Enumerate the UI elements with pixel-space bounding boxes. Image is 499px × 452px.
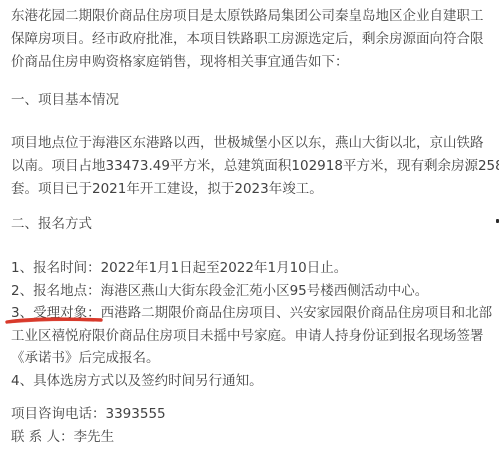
intro-line-1: 东港花园二期限价商品住房项目是太原铁路局集团公司秦皇岛地区企业自建职工: [11, 5, 486, 28]
intro-line-3: 价商品住房申购资格家庭销售，现将相关事宜通告如下：: [11, 51, 486, 74]
intro-line-2: 保障房项目。经市政府批准，本项目铁路职工房源选定后，剩余房源面向符合限: [11, 28, 486, 51]
item-3-rest-text: ：西港路二期限价商品住房项目、兴安家园限价商品住房项目和北部: [87, 305, 492, 321]
item-3-wrap-line-1: 工业区禧悦府限价商品住房项目未摇中号家庭。申请人持身份证到报名现场签署: [11, 325, 486, 348]
item-3-eligible-applicants: 3、受理对象：西港路二期限价商品住房项目、兴安家园限价商品住房项目和北部: [11, 302, 486, 325]
item-4-selection-notice: 4、具体选房方式以及签约时间另行通知。: [11, 370, 486, 393]
contact-person-line: 联 系 人：李先生: [11, 426, 486, 449]
underlined-text: 3、受理对象: [11, 305, 87, 321]
item-2-signup-place: 2、报名地点：海港区燕山大街东段金汇苑小区95号楼西侧活动中心。: [11, 280, 486, 303]
section-2-heading: 二、报名方式: [11, 213, 486, 236]
contact-block: 项目咨询电话：3393555 联 系 人：李先生: [11, 403, 486, 448]
intro-paragraph: 东港花园二期限价商品住房项目是太原铁路局集团公司秦皇岛地区企业自建职工 保障房项…: [11, 5, 486, 74]
section-1-line-1: 项目地点位于海港区东港路以西，世极城堡小区以东，燕山大街以北，京山铁路: [11, 132, 486, 155]
item-3-wrap-line-2: 《承诺书》后完成报名。: [11, 347, 486, 370]
section-1-heading: 一、项目基本情况: [11, 89, 486, 112]
section-1-line-3: 套。项目已于2021年开工建设，拟于2023年竣工。: [11, 178, 486, 201]
section-1-line-2: 以南。项目占地33473.49平方米，总建筑面积102918平方米，现有剩余房源…: [11, 155, 486, 178]
contact-phone-line: 项目咨询电话：3393555: [11, 403, 486, 426]
document-page: 东港花园二期限价商品住房项目是太原铁路局集团公司秦皇岛地区企业自建职工 保障房项…: [0, 0, 499, 452]
item-1-signup-time: 1、报名时间：2022年1月1日起至2022年1月10日止。: [11, 257, 486, 280]
section-2-items: 1、报名时间：2022年1月1日起至2022年1月10日止。 2、报名地点：海港…: [11, 257, 486, 392]
section-1-body: 项目地点位于海港区东港路以西，世极城堡小区以东，燕山大街以北，京山铁路 以南。项…: [11, 132, 486, 201]
